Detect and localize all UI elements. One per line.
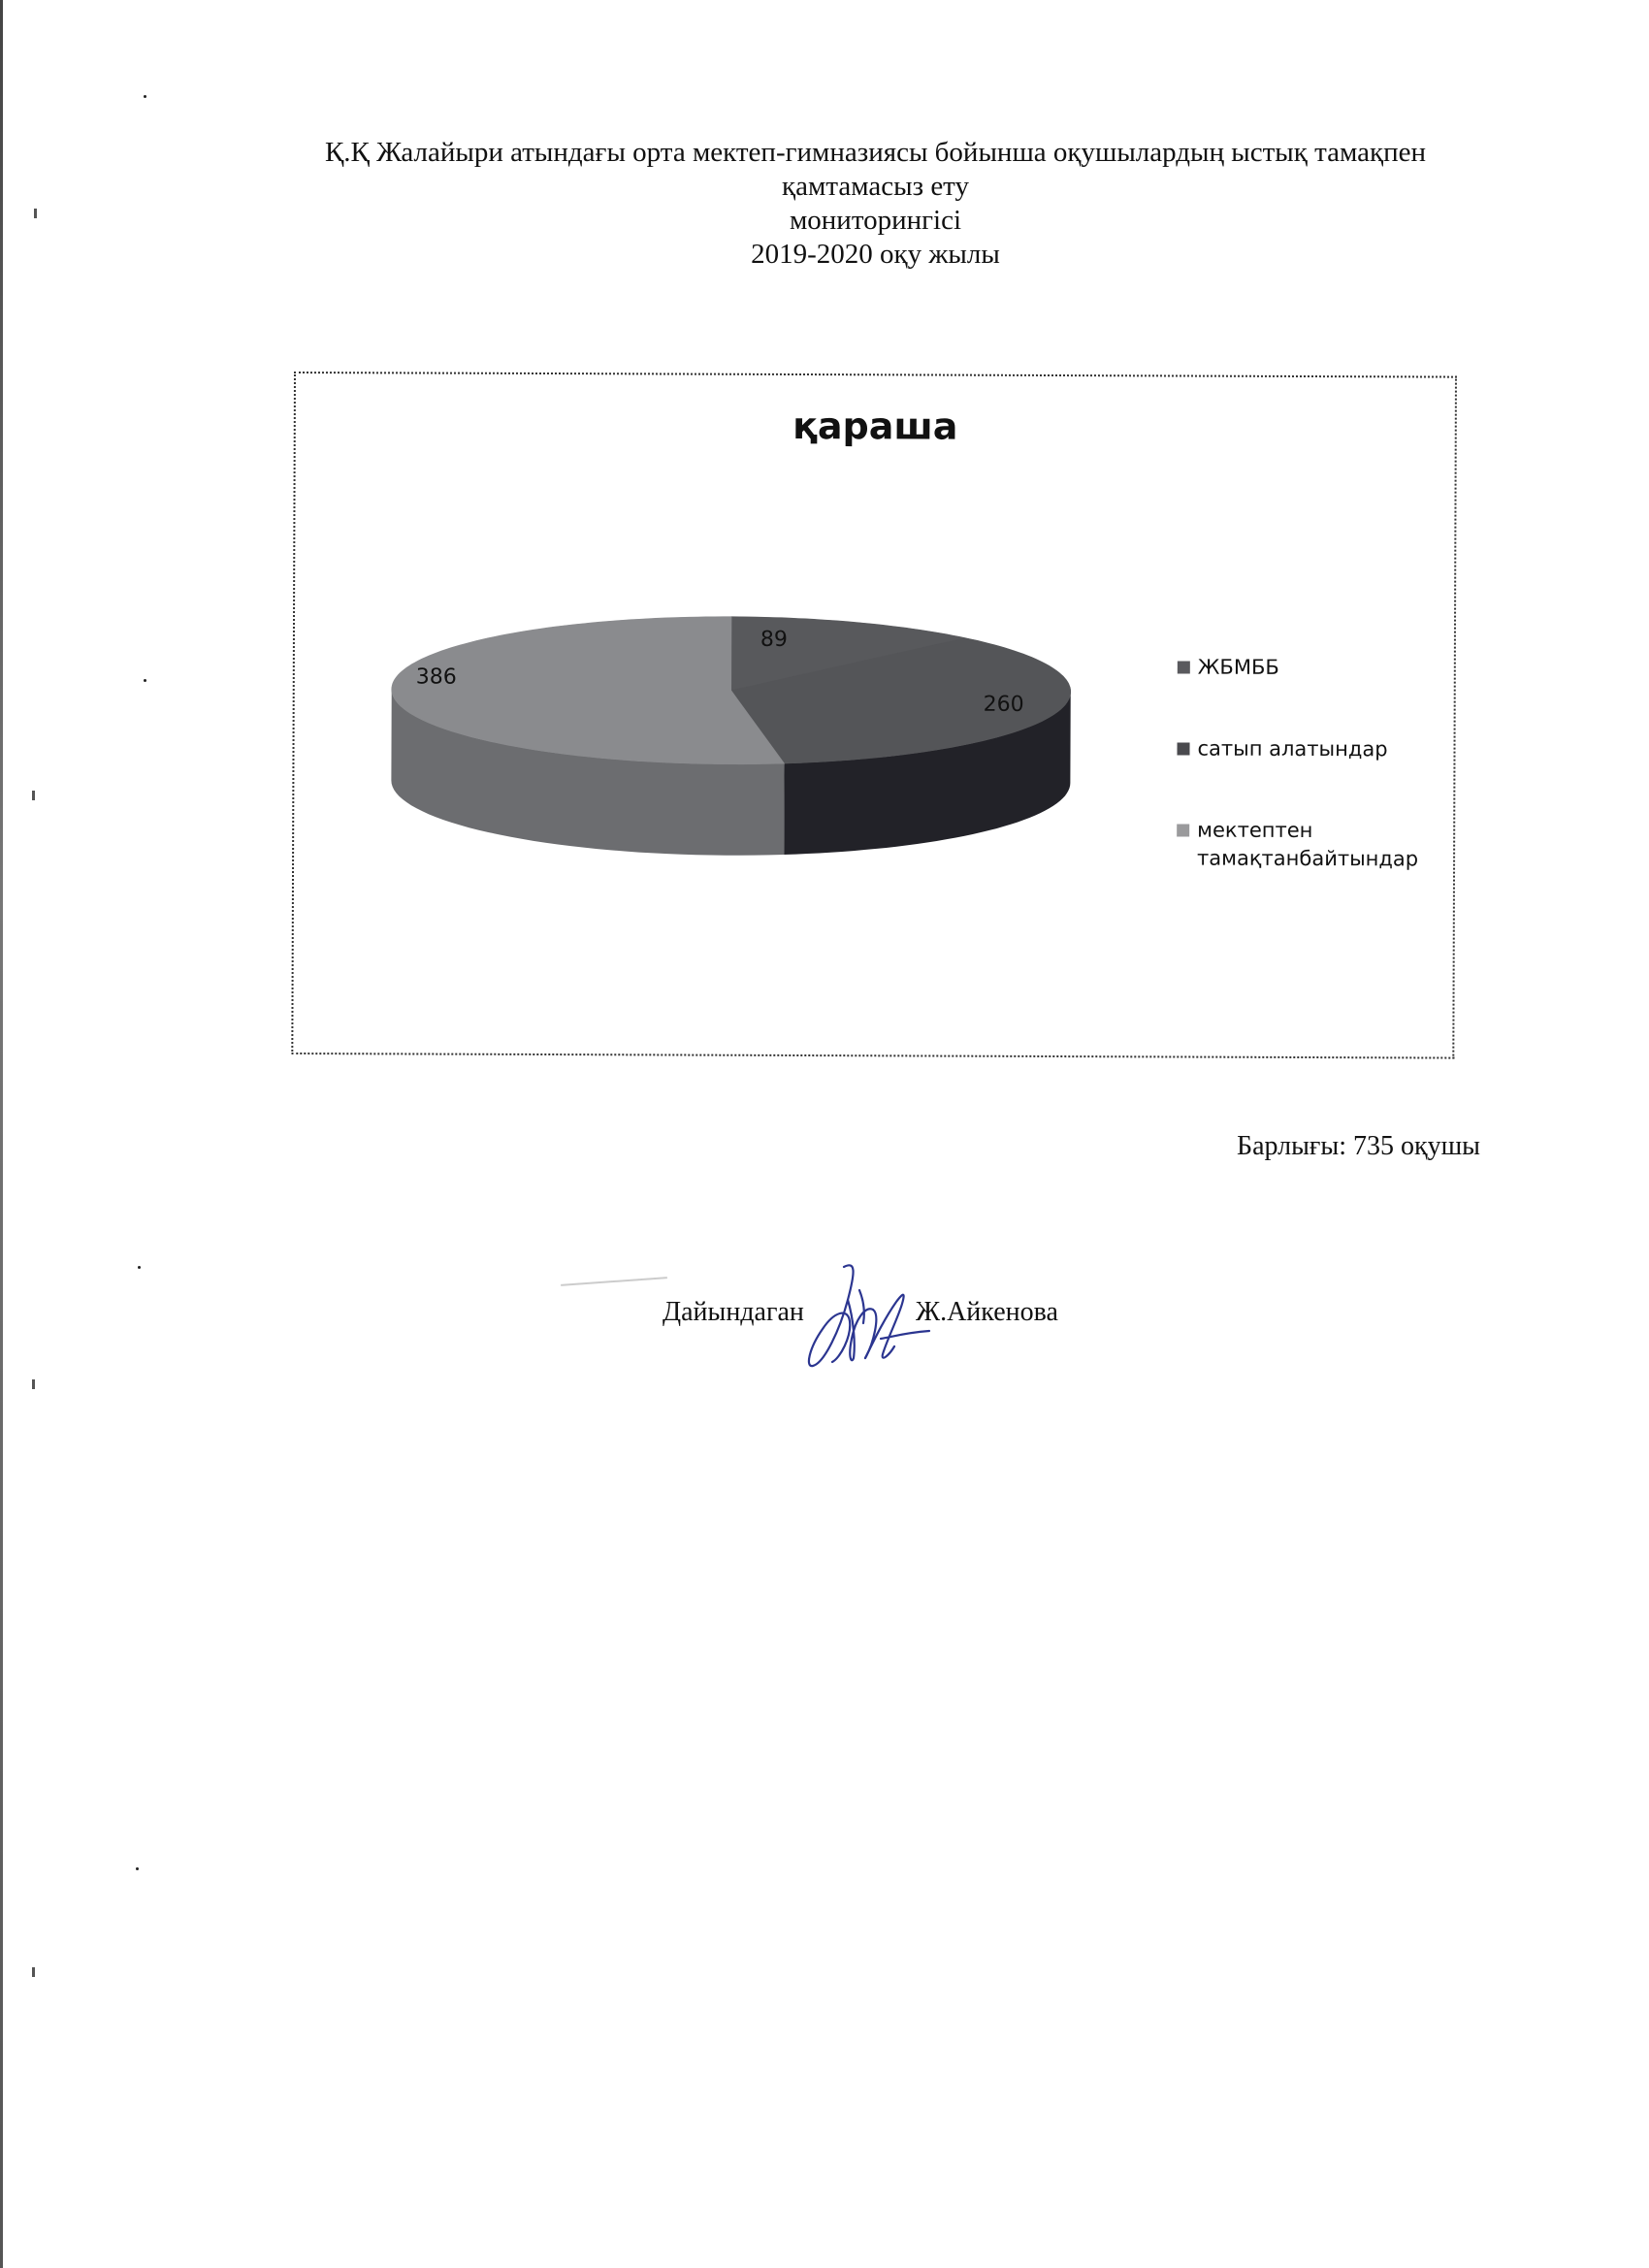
pie-chart: қараша 89260386 ЖБМББсатып алатындармект… — [291, 372, 1457, 1059]
scan-edge — [0, 0, 3, 2268]
legend-swatch-icon — [1178, 661, 1190, 673]
total-students: Барлығы: 735 оқушы — [1237, 1131, 1480, 1162]
signature-icon — [805, 1261, 931, 1373]
chart-legend: ЖБМББсатып алатындармектептен тамақтанба… — [1177, 653, 1421, 898]
pie-data-label: 89 — [760, 628, 788, 652]
pie-data-label: 386 — [416, 664, 457, 689]
scan-speck — [136, 1867, 139, 1870]
legend-swatch-icon — [1177, 824, 1189, 836]
legend-label: сатып алатындар — [1197, 735, 1420, 764]
scan-mark — [34, 209, 37, 218]
prepared-label: Дайындаган — [663, 1297, 804, 1328]
document-header: Қ.Қ Жалайыри атындағы орта мектеп-гимназ… — [281, 136, 1470, 272]
legend-item: мектептен тамақтанбайтындар — [1177, 816, 1420, 898]
scan-mark — [32, 1379, 35, 1389]
pie-data-label: 260 — [984, 693, 1024, 717]
legend-label: мектептен тамақтанбайтындар — [1197, 817, 1420, 874]
prepared-by-name: Ж.Айкенова — [916, 1297, 1058, 1328]
scan-speck — [138, 1266, 141, 1269]
legend-item: сатып алатындар — [1177, 734, 1420, 817]
header-line: қамтамасыз ету — [281, 170, 1470, 204]
legend-swatch-icon — [1177, 742, 1189, 755]
header-line: Қ.Қ Жалайыри атындағы орта мектеп-гимназ… — [281, 136, 1470, 170]
scan-stroke — [561, 1277, 667, 1286]
header-line: 2019-2020 оқу жылы — [281, 238, 1470, 272]
scan-speck — [144, 679, 146, 682]
scan-mark — [32, 1967, 35, 1977]
header-line: мониторингісі — [281, 204, 1470, 238]
legend-label: ЖБМББ — [1198, 654, 1421, 683]
scan-mark — [32, 791, 35, 800]
scan-speck — [144, 95, 146, 98]
legend-item: ЖБМББ — [1178, 653, 1421, 735]
